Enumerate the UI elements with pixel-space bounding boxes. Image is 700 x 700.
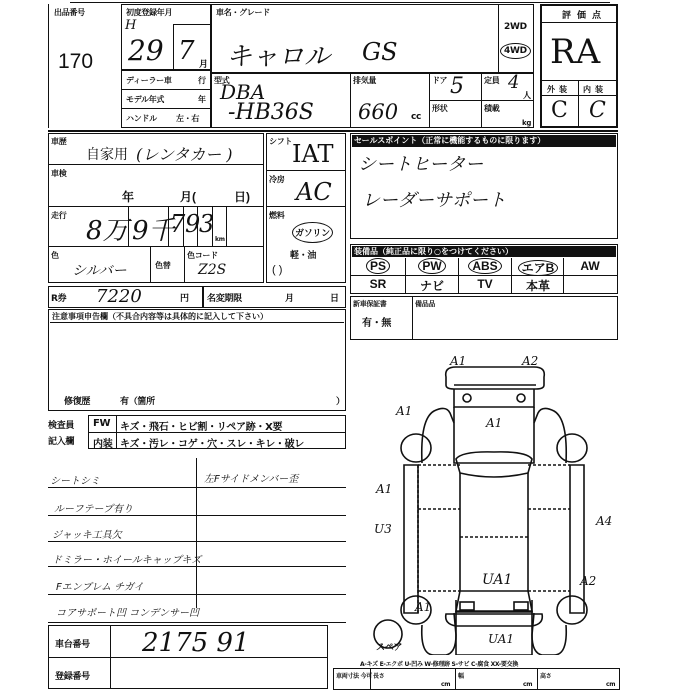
inspector-interior-text: キズ・汚レ・コゲ・穴・スレ・キレ・破レ [120, 435, 304, 450]
equip-abs: ABS [468, 258, 501, 274]
lot-number-label: 出品番号 [54, 7, 85, 18]
repair-history-label: 修復歴 [64, 394, 90, 407]
divider [196, 458, 197, 608]
doors-label: ドア [432, 75, 447, 86]
divider [48, 487, 346, 488]
interior-label: 内装 [583, 84, 607, 95]
damage-legend: A-キズ E-エクボ U-凹み W-修理跡 S-サビ C-腐食 XX-要交換 [360, 659, 518, 668]
shift-label: シフト [269, 136, 292, 147]
accessories-label: 備品品 [415, 299, 435, 309]
divider [48, 594, 346, 595]
warranty-label: 新車保証書 [353, 299, 387, 309]
inspection-day: 日) [234, 188, 250, 205]
diagram-mark-front-right: A2 [580, 574, 596, 588]
drive-2wd: 2WD [504, 22, 527, 32]
name-change-month: 月 [285, 291, 294, 304]
color-code-value: Z2S [198, 262, 226, 278]
dim-width-label: 幅 [458, 671, 464, 680]
interior-value: C [589, 98, 606, 123]
dim-height-unit: cm [606, 681, 615, 688]
lot-number-value: 170 [58, 50, 93, 74]
notes-header: 注意事項申告欄（不具合内容等は具体的に記入して下さい） [50, 311, 344, 323]
color-code-label: 色コード [187, 250, 218, 261]
repair-history-value: 有（箇所 [120, 394, 155, 407]
dim-length-label: 長さ [373, 671, 384, 680]
equip-sr: SR [370, 277, 387, 291]
divider [540, 22, 618, 23]
inspector-note-5: Fエンブレム チガイ [56, 578, 144, 593]
chassis-value: 2175 91 [142, 628, 250, 658]
inspector-note-2: ルーフテープ有り [54, 500, 133, 515]
dealer-suffix: 行 [198, 75, 206, 86]
divider [540, 95, 618, 96]
repaint-label: 色替 [155, 260, 170, 271]
load-unit: kg [522, 119, 531, 127]
usage-label: 車歴 [51, 136, 66, 147]
shape-label: 形状 [432, 103, 447, 114]
divider [350, 275, 618, 276]
score-label: 評価点 [562, 8, 607, 21]
spare-label: スペア [376, 640, 402, 653]
divider [48, 515, 346, 516]
divider [110, 625, 111, 689]
aircon-value: AC [296, 178, 332, 206]
svg-text:A1: A1 [395, 404, 412, 418]
mileage-unit: km [215, 236, 225, 243]
dim-height-label: 高さ [540, 671, 551, 680]
displacement-value: 660 [358, 100, 398, 124]
divider [266, 206, 346, 207]
car-grade-value: GS [362, 38, 398, 66]
dims-prefix: 車両寸法 今可 [336, 671, 372, 680]
name-change-label: 名変期限 [207, 291, 242, 304]
dealer-label: ディーラー車 [126, 75, 172, 86]
divider [537, 668, 538, 690]
displacement-unit: cc [411, 112, 421, 122]
equip-aw: AW [580, 259, 599, 273]
fuel-label: 燃料 [269, 210, 284, 221]
inspector-interior-tag: 内装 [93, 435, 112, 450]
divider [116, 415, 117, 449]
equip-leather: 本革 [526, 279, 550, 293]
sales-point-2: レーダーサポート [362, 186, 506, 212]
fuel-paren: ( ) [272, 264, 282, 276]
diagram-mark-hood: UA1 [482, 572, 512, 588]
model-year-suffix: 年 [198, 94, 206, 105]
handle-options: 左・右 [176, 113, 199, 124]
inspector-note-3: ジャッキ工具欠 [52, 526, 122, 541]
drive-4wd-circled: 4WD [500, 43, 531, 59]
aircon-label: 冷房 [269, 174, 284, 185]
fuel-value-circled: ガソリン [292, 222, 333, 243]
usage-value: 自家用 [86, 144, 128, 164]
capacity-unit: 人 [523, 90, 531, 101]
svg-text:A4: A4 [595, 514, 612, 528]
inspector-label-2: 記入欄 [48, 434, 74, 447]
doors-value: 5 [450, 74, 464, 99]
car-name-value: キャロル [226, 36, 330, 73]
divider [184, 246, 185, 283]
mileage-digit-3: 3 [199, 210, 214, 238]
equip-tv: TV [477, 277, 492, 291]
notes-block [48, 309, 346, 411]
name-change-day: 日 [330, 291, 339, 304]
equip-navi: ナビ [420, 279, 444, 293]
divider [173, 24, 210, 25]
mileage-digit-1: 7 [170, 210, 185, 238]
inspector-note-1: シートシミ [50, 472, 100, 487]
color-value: シルバー [72, 260, 127, 280]
diagram-mark-front-left: A1 [415, 600, 431, 614]
registration-month: 7 [178, 36, 195, 66]
inspector-label-1: 検査員 [48, 418, 74, 431]
inspection-month: 月( [180, 188, 196, 205]
svg-text:A1: A1 [485, 416, 502, 430]
sales-points-header: セールスポイント（正常に機能するものに限ります） [352, 135, 616, 147]
recycle-unit: 円 [180, 291, 189, 304]
capacity-label: 定員 [484, 75, 499, 86]
divider [121, 108, 211, 109]
recycle-value: 7220 [96, 286, 142, 307]
first-registration-label: 初度登録年月 [126, 7, 172, 18]
inspector-note-4: ドミラー・ホイールキャップキズ [52, 551, 201, 566]
divider [455, 668, 456, 690]
mileage-digit-2: 9 [185, 210, 200, 238]
color-label: 色 [51, 250, 59, 261]
divider [429, 100, 534, 101]
month-unit: 月 [199, 57, 208, 70]
divider [121, 89, 211, 90]
svg-text:U3: U3 [374, 522, 392, 536]
sales-point-1: シートヒーター [358, 150, 483, 176]
chassis-label: 車台番号 [55, 637, 90, 650]
model-code-line2: -HB36S [228, 100, 314, 125]
mileage-sen: 9千 [132, 210, 175, 247]
dim-width-unit: cm [523, 681, 532, 688]
inspection-label: 車検 [51, 168, 66, 179]
equip-pw: PW [418, 258, 445, 274]
divider [48, 206, 264, 207]
fuel-options: 軽・油 [290, 248, 316, 261]
registration-era: H [125, 18, 136, 33]
warranty-options: 有・無 [362, 314, 391, 329]
score-value: RA [550, 32, 600, 72]
divider [150, 246, 151, 283]
divider [48, 541, 346, 542]
divider [48, 130, 618, 132]
dim-length-unit: cm [441, 681, 450, 688]
divider [578, 80, 579, 128]
recycle-label: R券 [51, 291, 66, 304]
drive-cell [498, 4, 534, 74]
divider [540, 80, 618, 81]
svg-text:A1: A1 [449, 355, 466, 368]
top-border [70, 2, 610, 3]
divider [48, 566, 346, 567]
registration-label: 登録番号 [55, 669, 90, 682]
mileage-man: 8万 [86, 210, 129, 247]
inspector-note-right-1: 左Fサイドメンバー歪 [204, 470, 298, 485]
divider [48, 622, 346, 623]
divider [226, 206, 227, 246]
exterior-value: C [551, 98, 568, 123]
shift-value: IAT [292, 140, 334, 168]
registration-year: 29 [128, 34, 164, 67]
model-year-label: モデル年式 [126, 94, 164, 105]
svg-text:A1: A1 [375, 482, 392, 496]
inspection-year: 年 [122, 188, 134, 205]
divider [173, 24, 174, 70]
capacity-value: 4 [508, 72, 519, 93]
equip-airbag: エアB [518, 260, 559, 276]
equipment-header: 装備品（純正品に限り○をつけてください） [352, 246, 616, 257]
inspector-fw-text: キズ・飛石・ヒビ割・リペア跡・X要 [120, 418, 282, 433]
diagram-mark-bumper: UA1 [488, 632, 514, 646]
divider [266, 170, 346, 171]
load-label: 積載 [484, 103, 499, 114]
handle-label: ハンドル [126, 113, 157, 124]
svg-text:A2: A2 [521, 355, 538, 368]
car-name-label: 車名・グレード [216, 7, 270, 18]
exterior-label: 外装 [547, 84, 571, 95]
equip-ps: PS [366, 258, 390, 274]
mileage-label: 走行 [51, 210, 66, 221]
inspector-fw-tag: FW [93, 418, 110, 429]
usage-paren: (レンタカー ) [136, 142, 233, 165]
divider [412, 296, 413, 340]
displacement-label: 排気量 [353, 75, 376, 86]
repair-history-close: ） [336, 394, 345, 407]
inspector-note-6: コアサポート凹 コンデンサー凹 [56, 604, 199, 619]
